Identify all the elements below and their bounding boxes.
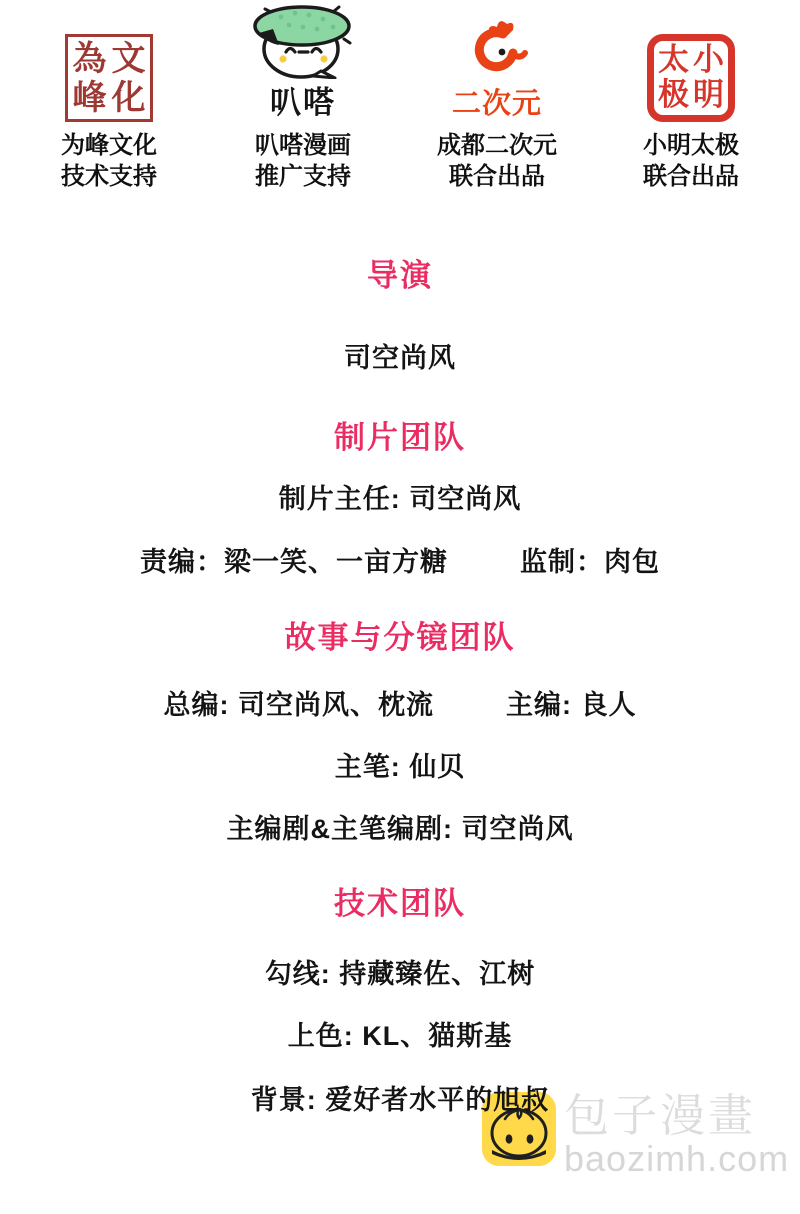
section-heading-production: 制片团队: [0, 419, 800, 457]
section-heading-tech: 技术团队: [0, 885, 800, 923]
credit-line-production-chief: 制片主任: 司空尚风: [0, 481, 800, 517]
section-heading-director: 导演: [0, 257, 800, 295]
bada-mascot-icon: [251, 3, 355, 79]
xiaoming-taiji-seal-icon: 太 小 极 明: [647, 34, 735, 122]
watermark-site-url: baozimh.com: [564, 1140, 789, 1178]
credit-editors: 责编：梁一笑、一亩方糖: [140, 547, 448, 577]
logo-block-bada: 叭嗒 叭嗒漫画 推广支持: [223, 14, 383, 192]
logo-caption-bada: 叭嗒漫画 推广支持: [223, 130, 383, 192]
logo-block-xiaoming-taiji: 太 小 极 明 小明太极 联合出品: [611, 14, 771, 192]
credit-main-editor: 主编: 良人: [506, 690, 637, 720]
credit-line-director: 司空尚风: [0, 340, 800, 376]
section-heading-story: 故事与分镜团队: [0, 619, 800, 657]
credit-line-chief-editors: 总编: 司空尚风、枕流主编: 良人: [0, 687, 800, 723]
nijigen-logo-text: 二次元: [452, 81, 542, 122]
credit-line-background: 背景: 爱好者水平的旭叔: [0, 1082, 800, 1118]
credit-line-editors-supervisor: 责编：梁一笑、一亩方糖监制：肉包: [0, 544, 800, 580]
logo-caption-nijigen: 成都二次元 联合出品: [417, 130, 577, 192]
partner-logos-row: 為 文 峰 化 为峰文化 技术支持: [0, 14, 800, 192]
credit-line-screenwriter: 主编剧&主笔编剧: 司空尚风: [0, 811, 800, 847]
logo-caption-xiaoming-taiji: 小明太极 联合出品: [611, 130, 771, 192]
weifeng-seal-icon: 為 文 峰 化: [65, 34, 153, 122]
credits-list: 导演 司空尚风 制片团队 制片主任: 司空尚风 责编：梁一笑、一亩方糖监制：肉包…: [0, 185, 800, 1118]
credit-line-main-artist: 主笔: 仙贝: [0, 749, 800, 785]
bada-logo-text: 叭嗒: [270, 77, 336, 122]
logo-caption-weifeng: 为峰文化 技术支持: [29, 130, 189, 192]
logo-block-nijigen: 二次元 成都二次元 联合出品: [417, 14, 577, 192]
credit-chief-editor: 总编: 司空尚风、枕流: [164, 690, 435, 720]
credits-page: 為 文 峰 化 为峰文化 技术支持: [0, 0, 800, 1214]
nijigen-rooster-icon: [455, 19, 539, 81]
logo-block-weifeng: 為 文 峰 化 为峰文化 技术支持: [29, 14, 189, 192]
credit-supervisor: 监制：肉包: [520, 547, 660, 577]
credit-line-lineart: 勾线: 持藏臻佐、江树: [0, 956, 800, 992]
credit-line-coloring: 上色: KL、猫斯基: [0, 1018, 800, 1054]
